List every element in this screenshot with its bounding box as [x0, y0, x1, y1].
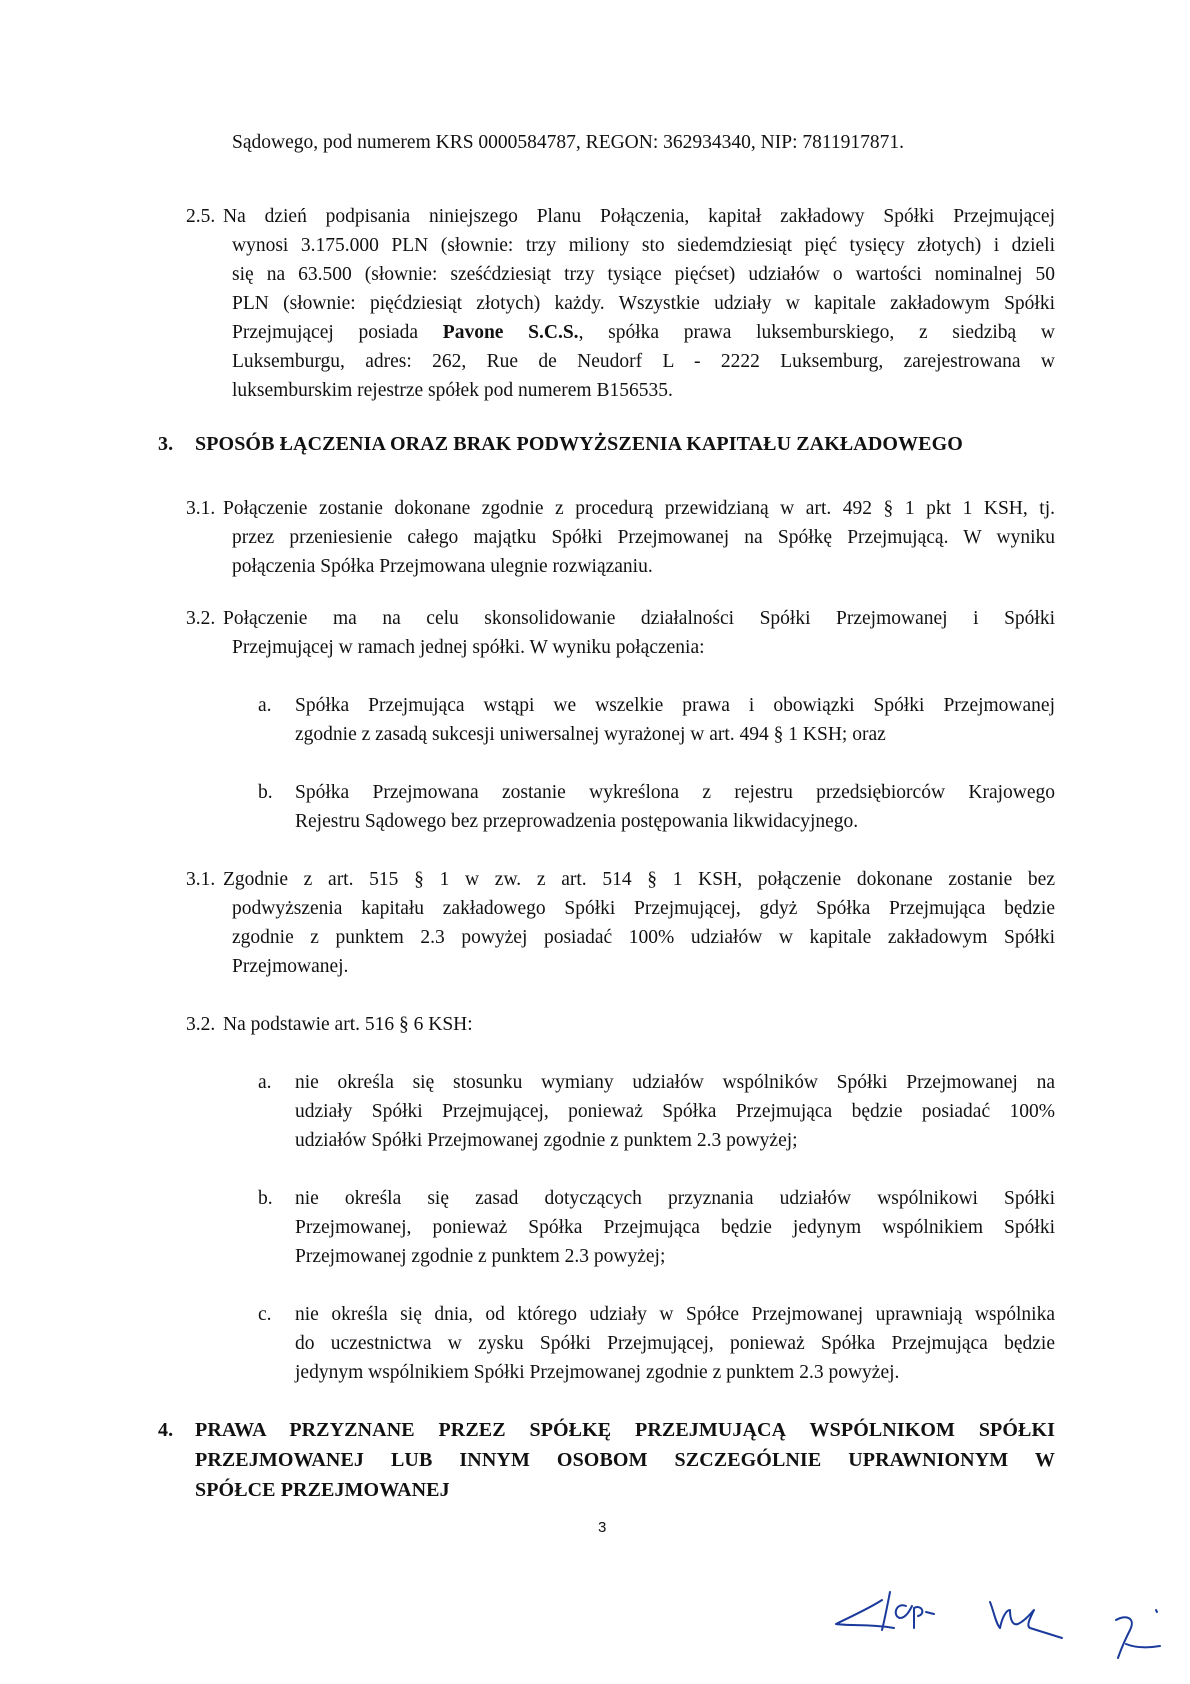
paragraph-line: Połączenie ma na celu skonsolidowanie dz…: [223, 605, 1055, 633]
intro-line: Sądowego, pod numerem KRS 0000584787, RE…: [232, 129, 904, 157]
list-item-line: do uczestnictwa w zysku Spółki Przejmują…: [295, 1330, 1055, 1358]
paragraph-number: 2.5.: [186, 203, 215, 231]
paragraph-line: Luksemburgu, adres: 262, Rue de Neudorf …: [232, 348, 1055, 376]
list-item-line: udziały Spółki Przejmującej, ponieważ Sp…: [295, 1098, 1055, 1126]
list-item-letter: b.: [258, 779, 273, 807]
paragraph-number: 3.2.: [186, 1011, 215, 1039]
list-item-letter: c.: [258, 1301, 272, 1329]
list-item-line: nie określa się dnia, od którego udziały…: [295, 1301, 1055, 1329]
paragraph-line-with-company: Przejmującej posiada Pavone S.C.S., spół…: [232, 319, 1055, 347]
paragraph-line: zgodnie z punktem 2.3 powyżej posiadać 1…: [232, 924, 1055, 952]
signature-initials: [830, 1588, 1190, 1684]
list-item-letter: a.: [258, 692, 272, 720]
section-heading-line: PRZEJMOWANEJ LUB INNYM OSOBOM SZCZEGÓLNI…: [195, 1446, 1055, 1475]
list-item-line: Spółka Przejmowana zostanie wykreślona z…: [295, 779, 1055, 807]
paragraph-number: 3.1.: [186, 866, 215, 894]
paragraph-line: PLN (słownie: pięćdziesiąt złotych) każd…: [232, 290, 1055, 318]
paragraph-line: połączenia Spółka Przejmowana ulegnie ro…: [232, 553, 653, 581]
list-item-letter: a.: [258, 1069, 272, 1097]
section-number: 3.: [158, 430, 173, 459]
paragraph-line: Połączenie zostanie dokonane zgodnie z p…: [223, 495, 1055, 523]
section-heading: SPOSÓB ŁĄCZENIA ORAZ BRAK PODWYŻSZENIA K…: [195, 430, 963, 459]
list-item-line: zgodnie z zasadą sukcesji uniwersalnej w…: [295, 721, 886, 749]
list-item-line: nie określa się zasad dotyczących przyzn…: [295, 1185, 1055, 1213]
document-page: Sądowego, pod numerem KRS 0000584787, RE…: [0, 0, 1190, 1684]
list-item-line: Rejestru Sądowego bez przeprowadzenia po…: [295, 808, 858, 836]
paragraph-line: podwyższenia kapitału zakładowego Spółki…: [232, 895, 1055, 923]
list-item-letter: b.: [258, 1185, 273, 1213]
paragraph-line: luksemburskim rejestrze spółek pod numer…: [232, 377, 673, 405]
list-item-line: jedynym wspólnikiem Spółki Przejmowanej …: [295, 1359, 899, 1387]
paragraph-line: Na podstawie art. 516 § 6 KSH:: [223, 1011, 473, 1039]
company-name: Pavone S.C.S.: [443, 322, 579, 343]
section-heading-line: PRAWA PRZYZNANE PRZEZ SPÓŁKĘ PRZEJMUJĄCĄ…: [195, 1416, 1055, 1445]
paragraph-line: się na 63.500 (słownie: sześćdziesiąt tr…: [232, 261, 1055, 289]
list-item-line: Spółka Przejmująca wstąpi we wszelkie pr…: [295, 692, 1055, 720]
section-heading-line: SPÓŁCE PRZEJMOWANEJ: [195, 1476, 450, 1505]
paragraph-number: 3.1.: [186, 495, 215, 523]
paragraph-line: Przejmowanej.: [232, 953, 348, 981]
list-item-line: nie określa się stosunku wymiany udziałó…: [295, 1069, 1055, 1097]
paragraph-line: wynosi 3.175.000 PLN (słownie: trzy mili…: [232, 232, 1055, 260]
paragraph-line: Przejmującej w ramach jednej spółki. W w…: [232, 634, 705, 662]
paragraph-line: Na dzień podpisania niniejszego Planu Po…: [223, 203, 1055, 231]
paragraph-line: przez przeniesienie całego majątku Spółk…: [232, 524, 1055, 552]
list-item-line: Przejmowanej zgodnie z punktem 2.3 powyż…: [295, 1243, 665, 1271]
list-item-line: udziałów Spółki Przejmowanej zgodnie z p…: [295, 1127, 798, 1155]
page-number: 3: [598, 1519, 606, 1536]
list-item-line: Przejmowanej, ponieważ Spółka Przejmując…: [295, 1214, 1055, 1242]
paragraph-number: 3.2.: [186, 605, 215, 633]
section-number: 4.: [158, 1416, 173, 1445]
paragraph-line: Zgodnie z art. 515 § 1 w zw. z art. 514 …: [223, 866, 1055, 894]
